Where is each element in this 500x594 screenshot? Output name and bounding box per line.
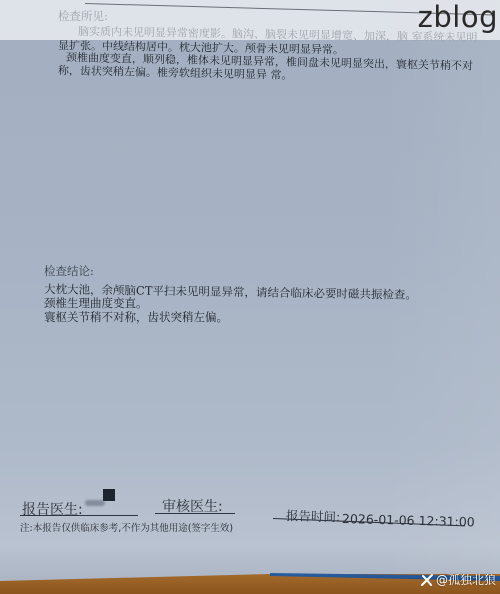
redaction-block xyxy=(103,489,115,501)
report-doctor-underline xyxy=(20,515,138,516)
review-doctor-underline xyxy=(155,513,235,514)
conclusion-label: 检查结论: xyxy=(44,265,94,278)
conclusion-line: 颈椎生理曲度变直。 xyxy=(44,297,148,310)
redacted-signature xyxy=(85,500,105,506)
disclaimer-note: 注:本报告仅供临床参考,不作为其他用途(签字生效) xyxy=(20,520,233,534)
report-time-label: 报告时间: xyxy=(286,506,341,525)
findings-label: 检查所见: xyxy=(58,10,108,23)
report-doctor-label: 报告医生: xyxy=(22,499,83,519)
brand-logo: zblog xyxy=(418,0,498,34)
watermark: @孤独北狼 xyxy=(420,571,496,588)
conclusion-line: 寰枢关节稍不对称，齿状突稍左偏。 xyxy=(44,311,228,324)
watermark-text: @孤独北狼 xyxy=(436,571,496,588)
wolf-logo-icon xyxy=(420,573,434,587)
